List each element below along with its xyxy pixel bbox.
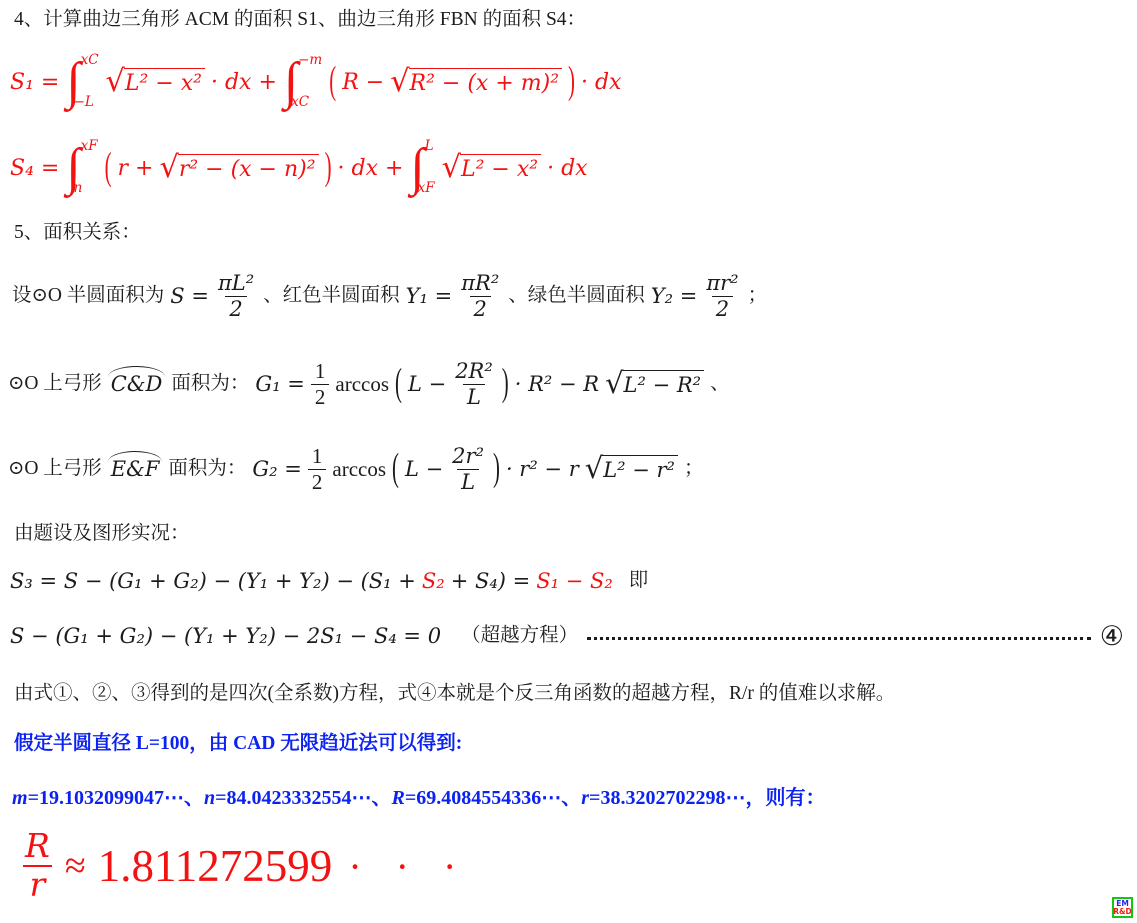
open-paren: ( bbox=[105, 148, 112, 188]
section4-heading: 4、计算曲边三角形 ACM 的面积 S1、曲边三角形 FBN 的面积 S4： bbox=[14, 7, 586, 32]
ratio-fraction: R r bbox=[22, 828, 53, 904]
g1-line: ⊙O 上弓形 C&D 面积为： G₁ = 1 2 arccos ( L − 2R… bbox=[8, 342, 730, 426]
open-paren: ( bbox=[392, 449, 399, 489]
val-m: =19.1032099047⋯、 bbox=[28, 787, 204, 809]
g2-post: · r² − r bbox=[506, 457, 579, 481]
fraction: πR² 2 bbox=[458, 271, 502, 322]
integral-icon: ∫ xF n bbox=[66, 138, 97, 198]
fraction: πL² 2 bbox=[215, 271, 257, 322]
s3-red1: S₂ bbox=[422, 569, 445, 593]
fraction-numerator: πr² bbox=[703, 271, 741, 296]
ratio-value: 1.811272599 bbox=[98, 840, 333, 892]
cad-assumption-line: 假定半圆直径 L=100，由 CAD 无限趋近法可以得到: bbox=[14, 731, 462, 756]
integral-upper-bound: xC bbox=[81, 54, 99, 68]
val-n: =84.0423332554⋯、 bbox=[215, 787, 391, 809]
var-m: m bbox=[12, 787, 28, 809]
integral-lower-bound: xC bbox=[291, 96, 322, 110]
s4-tail: · dx bbox=[547, 156, 587, 181]
fraction-denominator: L bbox=[463, 384, 485, 410]
areas-m1: S = bbox=[170, 284, 209, 308]
s1-lhs: S₁ = bbox=[10, 70, 59, 95]
arc-overline: E&F bbox=[108, 457, 163, 481]
sqrt-content: R² − (x + m)² bbox=[409, 68, 562, 96]
close-paren: ) bbox=[568, 62, 575, 102]
formula-s1: S₁ = ∫ xC −L √ L² − x² · dx + ∫ −m xC ( … bbox=[10, 44, 621, 120]
cad-values-line: m=19.1032099047⋯、n=84.0423332554⋯、R=69.4… bbox=[12, 781, 825, 810]
integral-lower-bound: n bbox=[74, 182, 98, 196]
close-paren: ) bbox=[493, 449, 500, 489]
s1-tail: · dx bbox=[581, 70, 621, 95]
fraction-denominator: 2 bbox=[470, 296, 491, 322]
g2-lhs: G₂ = bbox=[252, 457, 301, 481]
integral-icon: ∫ L xF bbox=[410, 138, 434, 198]
sqrt-radical-icon: √ bbox=[159, 154, 178, 183]
arccos-function: arccos bbox=[335, 372, 389, 397]
discussion-text: 由式①、②、③得到的是四次(全系数)方程，式④本就是个反三角函数的超越方程，R/… bbox=[14, 681, 895, 706]
s3-line: S₃ = S − (G₁ + G₂) − (Y₁ + Y₂) − (S₁ + S… bbox=[10, 558, 648, 604]
sqrt-term: √ L² − x² bbox=[442, 154, 541, 183]
fraction-denominator: 2 bbox=[225, 296, 246, 322]
s4-mid: · dx + bbox=[338, 156, 404, 181]
sqrt-radical-icon: √ bbox=[605, 370, 623, 398]
s4-inner: r + bbox=[118, 156, 154, 181]
s1-mid: · dx + bbox=[211, 70, 277, 95]
document-page: 4、计算曲边三角形 ACM 的面积 S1、曲边三角形 FBN 的面积 S4： S… bbox=[0, 0, 1137, 923]
formula-s4: S₄ = ∫ xF n ( r + √ r² − (x − n)² ) · dx… bbox=[10, 130, 588, 206]
sqrt-term: √ L² − R² bbox=[605, 370, 704, 398]
g1-inner: L − bbox=[408, 372, 446, 396]
s3-part1: S₃ = S − (G₁ + G₂) − (Y₁ + Y₂) − (S₁ + bbox=[10, 569, 416, 593]
integral-lower-bound: xF bbox=[418, 182, 435, 196]
g2-inner: L − bbox=[405, 457, 443, 481]
eq4-note: （超越方程） bbox=[461, 623, 578, 648]
fraction: πr² 2 bbox=[703, 271, 741, 322]
integral-upper-bound: L bbox=[425, 140, 435, 154]
var-n: n bbox=[204, 787, 215, 809]
sqrt-content: L² − x² bbox=[124, 68, 205, 96]
g2-mid: 面积为： bbox=[168, 456, 246, 481]
g1-post: · R² − R bbox=[515, 372, 599, 396]
s3-red2: S₁ − S₂ bbox=[536, 569, 613, 593]
areas-m2: Y₁ = bbox=[406, 284, 453, 308]
ratio-numerator: R bbox=[22, 828, 53, 865]
areas-lead: 设⊙O 半圆面积为 bbox=[12, 283, 164, 308]
integral-icon: ∫ xC −L bbox=[66, 52, 98, 112]
equation4-line: S − (G₁ + G₂) − (Y₁ + Y₂) − 2S₁ − S₄ = 0… bbox=[10, 612, 1124, 660]
g1-tail: 、 bbox=[710, 371, 730, 396]
integral-upper-bound: xF bbox=[81, 140, 98, 154]
g2-line: ⊙O 上弓形 E&F 面积为： G₂ = 1 2 arccos ( L − 2r… bbox=[8, 427, 704, 511]
fraction-numerator: 2r² bbox=[449, 444, 487, 469]
sqrt-radical-icon: √ bbox=[442, 154, 461, 183]
dotted-leader bbox=[587, 637, 1091, 640]
var-r: r bbox=[581, 787, 589, 809]
fraction-half: 1 2 bbox=[311, 359, 330, 410]
sqrt-content: L² − x² bbox=[460, 154, 541, 182]
fraction-numerator: 2R² bbox=[452, 359, 496, 384]
fraction-numerator: 1 bbox=[312, 359, 329, 384]
fraction-numerator: πR² bbox=[458, 271, 502, 296]
sqrt-term: √ R² − (x + m)² bbox=[390, 68, 562, 97]
fraction-numerator: 1 bbox=[309, 444, 326, 469]
ratio-denominator: r bbox=[23, 865, 53, 904]
close-paren: ) bbox=[502, 364, 509, 404]
integral-icon: ∫ −m xC bbox=[284, 52, 322, 112]
ratio-result: R r ≈ 1.811272599 · · · bbox=[22, 822, 468, 910]
g1-lhs: G₁ = bbox=[255, 372, 304, 396]
g2-tail: ； bbox=[684, 456, 704, 481]
sqrt-content: L² − r² bbox=[602, 455, 678, 482]
fraction-denominator: L bbox=[457, 469, 479, 495]
facts-heading: 由题设及图形实况： bbox=[14, 521, 190, 546]
areas-m3: Y₂ = bbox=[651, 284, 698, 308]
fraction-denominator: 2 bbox=[712, 296, 733, 322]
fraction-denominator: 2 bbox=[311, 384, 330, 410]
g1-mid: 面积为： bbox=[171, 371, 249, 396]
sqrt-content: r² − (x − n)² bbox=[178, 154, 319, 182]
val-R: =69.4084554336⋯、 bbox=[405, 787, 581, 809]
sqrt-radical-icon: √ bbox=[585, 455, 603, 483]
open-paren: ( bbox=[329, 62, 336, 102]
section5-heading: 5、面积关系： bbox=[14, 220, 141, 245]
sqrt-radical-icon: √ bbox=[390, 68, 409, 97]
values-tail: ，则有： bbox=[745, 787, 825, 809]
close-paren: ) bbox=[325, 148, 332, 188]
integral-upper-bound: −m bbox=[298, 54, 322, 68]
equation-number-badge: ④ bbox=[1100, 621, 1124, 652]
s3-part2: + S₄) = bbox=[451, 569, 531, 593]
logo-bottom-text: R&D bbox=[1113, 908, 1132, 916]
s4-lhs: S₄ = bbox=[10, 156, 59, 181]
sqrt-term: √ r² − (x − n)² bbox=[159, 154, 318, 183]
fraction: 2r² L bbox=[449, 444, 487, 495]
areas-t3: 、绿色半圆面积 bbox=[508, 283, 645, 308]
integral-lower-bound: −L bbox=[74, 96, 99, 110]
s3-tail: 即 bbox=[629, 568, 649, 593]
sqrt-term: √ L² − x² bbox=[106, 68, 205, 97]
arccos-function: arccos bbox=[332, 457, 386, 482]
areas-tail: ； bbox=[748, 283, 768, 308]
sqrt-content: L² − R² bbox=[623, 370, 705, 397]
ellipsis-dots: · · · bbox=[348, 843, 468, 890]
fraction-numerator: πL² bbox=[215, 271, 257, 296]
emrd-logo: EM R&D bbox=[1112, 897, 1133, 918]
sqrt-term: √ L² − r² bbox=[585, 455, 678, 483]
val-r: =38.3202702298⋯ bbox=[589, 787, 745, 809]
arc-overline: C&D bbox=[108, 372, 166, 396]
open-paren: ( bbox=[395, 364, 402, 404]
fraction: 2R² L bbox=[452, 359, 496, 410]
g2-lead: ⊙O 上弓形 bbox=[8, 456, 102, 481]
var-R: R bbox=[392, 787, 405, 809]
fraction-denominator: 2 bbox=[308, 469, 327, 495]
s1-inner: R − bbox=[342, 70, 384, 95]
eq4-math: S − (G₁ + G₂) − (Y₁ + Y₂) − 2S₁ − S₄ = 0 bbox=[10, 624, 441, 648]
areas-line: 设⊙O 半圆面积为 S = πL² 2 、红色半圆面积 Y₁ = πR² 2 、… bbox=[12, 262, 767, 330]
areas-t2: 、红色半圆面积 bbox=[263, 283, 400, 308]
fraction-half: 1 2 bbox=[308, 444, 327, 495]
sqrt-radical-icon: √ bbox=[106, 68, 125, 97]
approx-sign: ≈ bbox=[65, 844, 86, 888]
g1-lead: ⊙O 上弓形 bbox=[8, 371, 102, 396]
